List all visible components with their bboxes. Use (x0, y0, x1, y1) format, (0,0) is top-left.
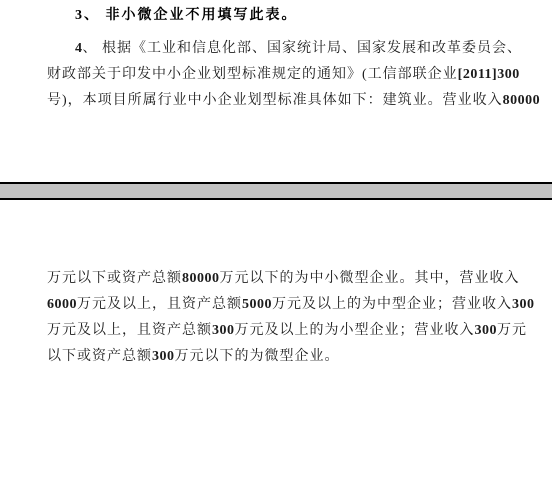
paragraph-line-1: 万元以下或资产总额80000万元以下的为中小微型企业。其中，营业收入 (47, 272, 520, 286)
document-viewport: 3、 非小微企业不用填写此表。 4、 根据《工业和信息化部、国家统计局、国家发展… (0, 0, 552, 494)
paragraph-4-line-2: 财政部关于印发中小企业划型标准规定的通知》(工信部联企业[2011]300 (47, 68, 520, 82)
paragraph-4-line-1: 4、 根据《工业和信息化部、国家统计局、国家发展和改革委员会、 (75, 42, 522, 56)
paragraph-line-3: 万元及以上，且资产总额300万元及以上的为小型企业；营业收入300万元 (47, 324, 527, 338)
paragraph-line-4: 以下或资产总额300万元以下的为微型企业。 (47, 350, 340, 364)
page-break-separator (0, 182, 552, 200)
note-3-heading: 3、 非小微企业不用填写此表。 (75, 9, 298, 23)
paragraph-line-2: 6000万元及以上，且资产总额5000万元及以上的为中型企业；营业收入300 (47, 298, 535, 312)
paragraph-4-line-3: 号)，本项目所属行业中小企业划型标准具体如下：建筑业。营业收入80000 (47, 94, 540, 108)
